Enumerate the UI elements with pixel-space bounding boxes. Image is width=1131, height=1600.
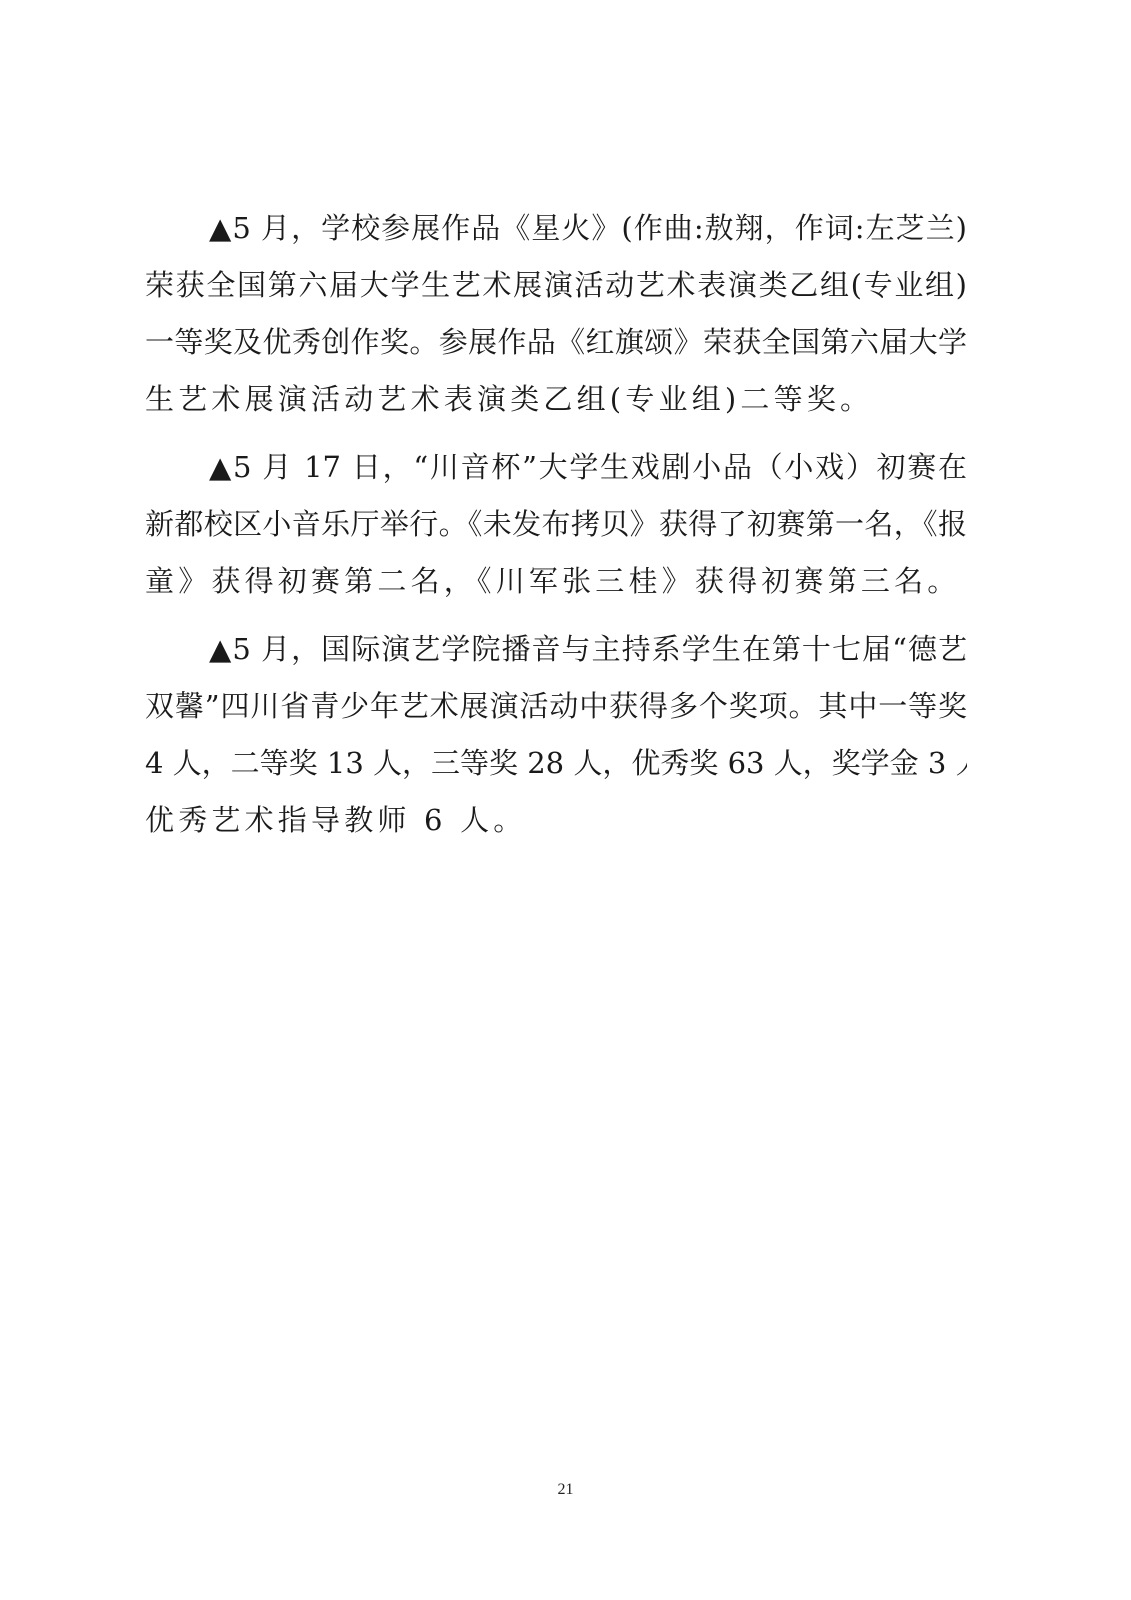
text-line: 生艺术展演活动艺术表演类乙组(专业组)二等奖。 xyxy=(145,371,967,428)
paragraph-drama-competition: ▲5 月 17 日，“川音杯”大学生戏剧小品（小戏）初赛在 新都校区小音乐厅举行… xyxy=(145,439,967,610)
text-line: 一等奖及优秀创作奖。参展作品《红旗颂》荣获全国第六届大学 xyxy=(145,314,967,371)
text-line: 双馨”四川省青少年艺术展演活动中获得多个奖项。其中一等奖 xyxy=(145,678,967,735)
text-line: ▲5 月，学校参展作品《星火》(作曲:敖翔，作词:左芝兰) xyxy=(145,200,967,257)
page-number: 21 xyxy=(0,1481,1131,1499)
paragraph-broadcasting-awards: ▲5 月，国际演艺学院播音与主持系学生在第十七届“德艺 双馨”四川省青少年艺术展… xyxy=(145,621,967,849)
text-line: 优秀艺术指导教师 6 人。 xyxy=(145,792,967,849)
document-body: ▲5 月，学校参展作品《星火》(作曲:敖翔，作词:左芝兰) 荣获全国第六届大学生… xyxy=(145,200,967,849)
document-page: ▲5 月，学校参展作品《星火》(作曲:敖翔，作词:左芝兰) 荣获全国第六届大学生… xyxy=(0,0,1131,1600)
paragraph-xinghuo-award: ▲5 月，学校参展作品《星火》(作曲:敖翔，作词:左芝兰) 荣获全国第六届大学生… xyxy=(145,200,967,428)
text-line: 4 人，二等奖 13 人，三等奖 28 人，优秀奖 63 人，奖学金 3 人， xyxy=(145,735,967,792)
text-line: ▲5 月 17 日，“川音杯”大学生戏剧小品（小戏）初赛在 xyxy=(145,439,967,496)
text-line: 童》获得初赛第二名，《川军张三桂》获得初赛第三名。 xyxy=(145,553,967,610)
text-line: ▲5 月，国际演艺学院播音与主持系学生在第十七届“德艺 xyxy=(145,621,967,678)
text-line: 荣获全国第六届大学生艺术展演活动艺术表演类乙组(专业组) xyxy=(145,257,967,314)
text-line: 新都校区小音乐厅举行。《未发布拷贝》获得了初赛第一名，《报 xyxy=(145,496,967,553)
